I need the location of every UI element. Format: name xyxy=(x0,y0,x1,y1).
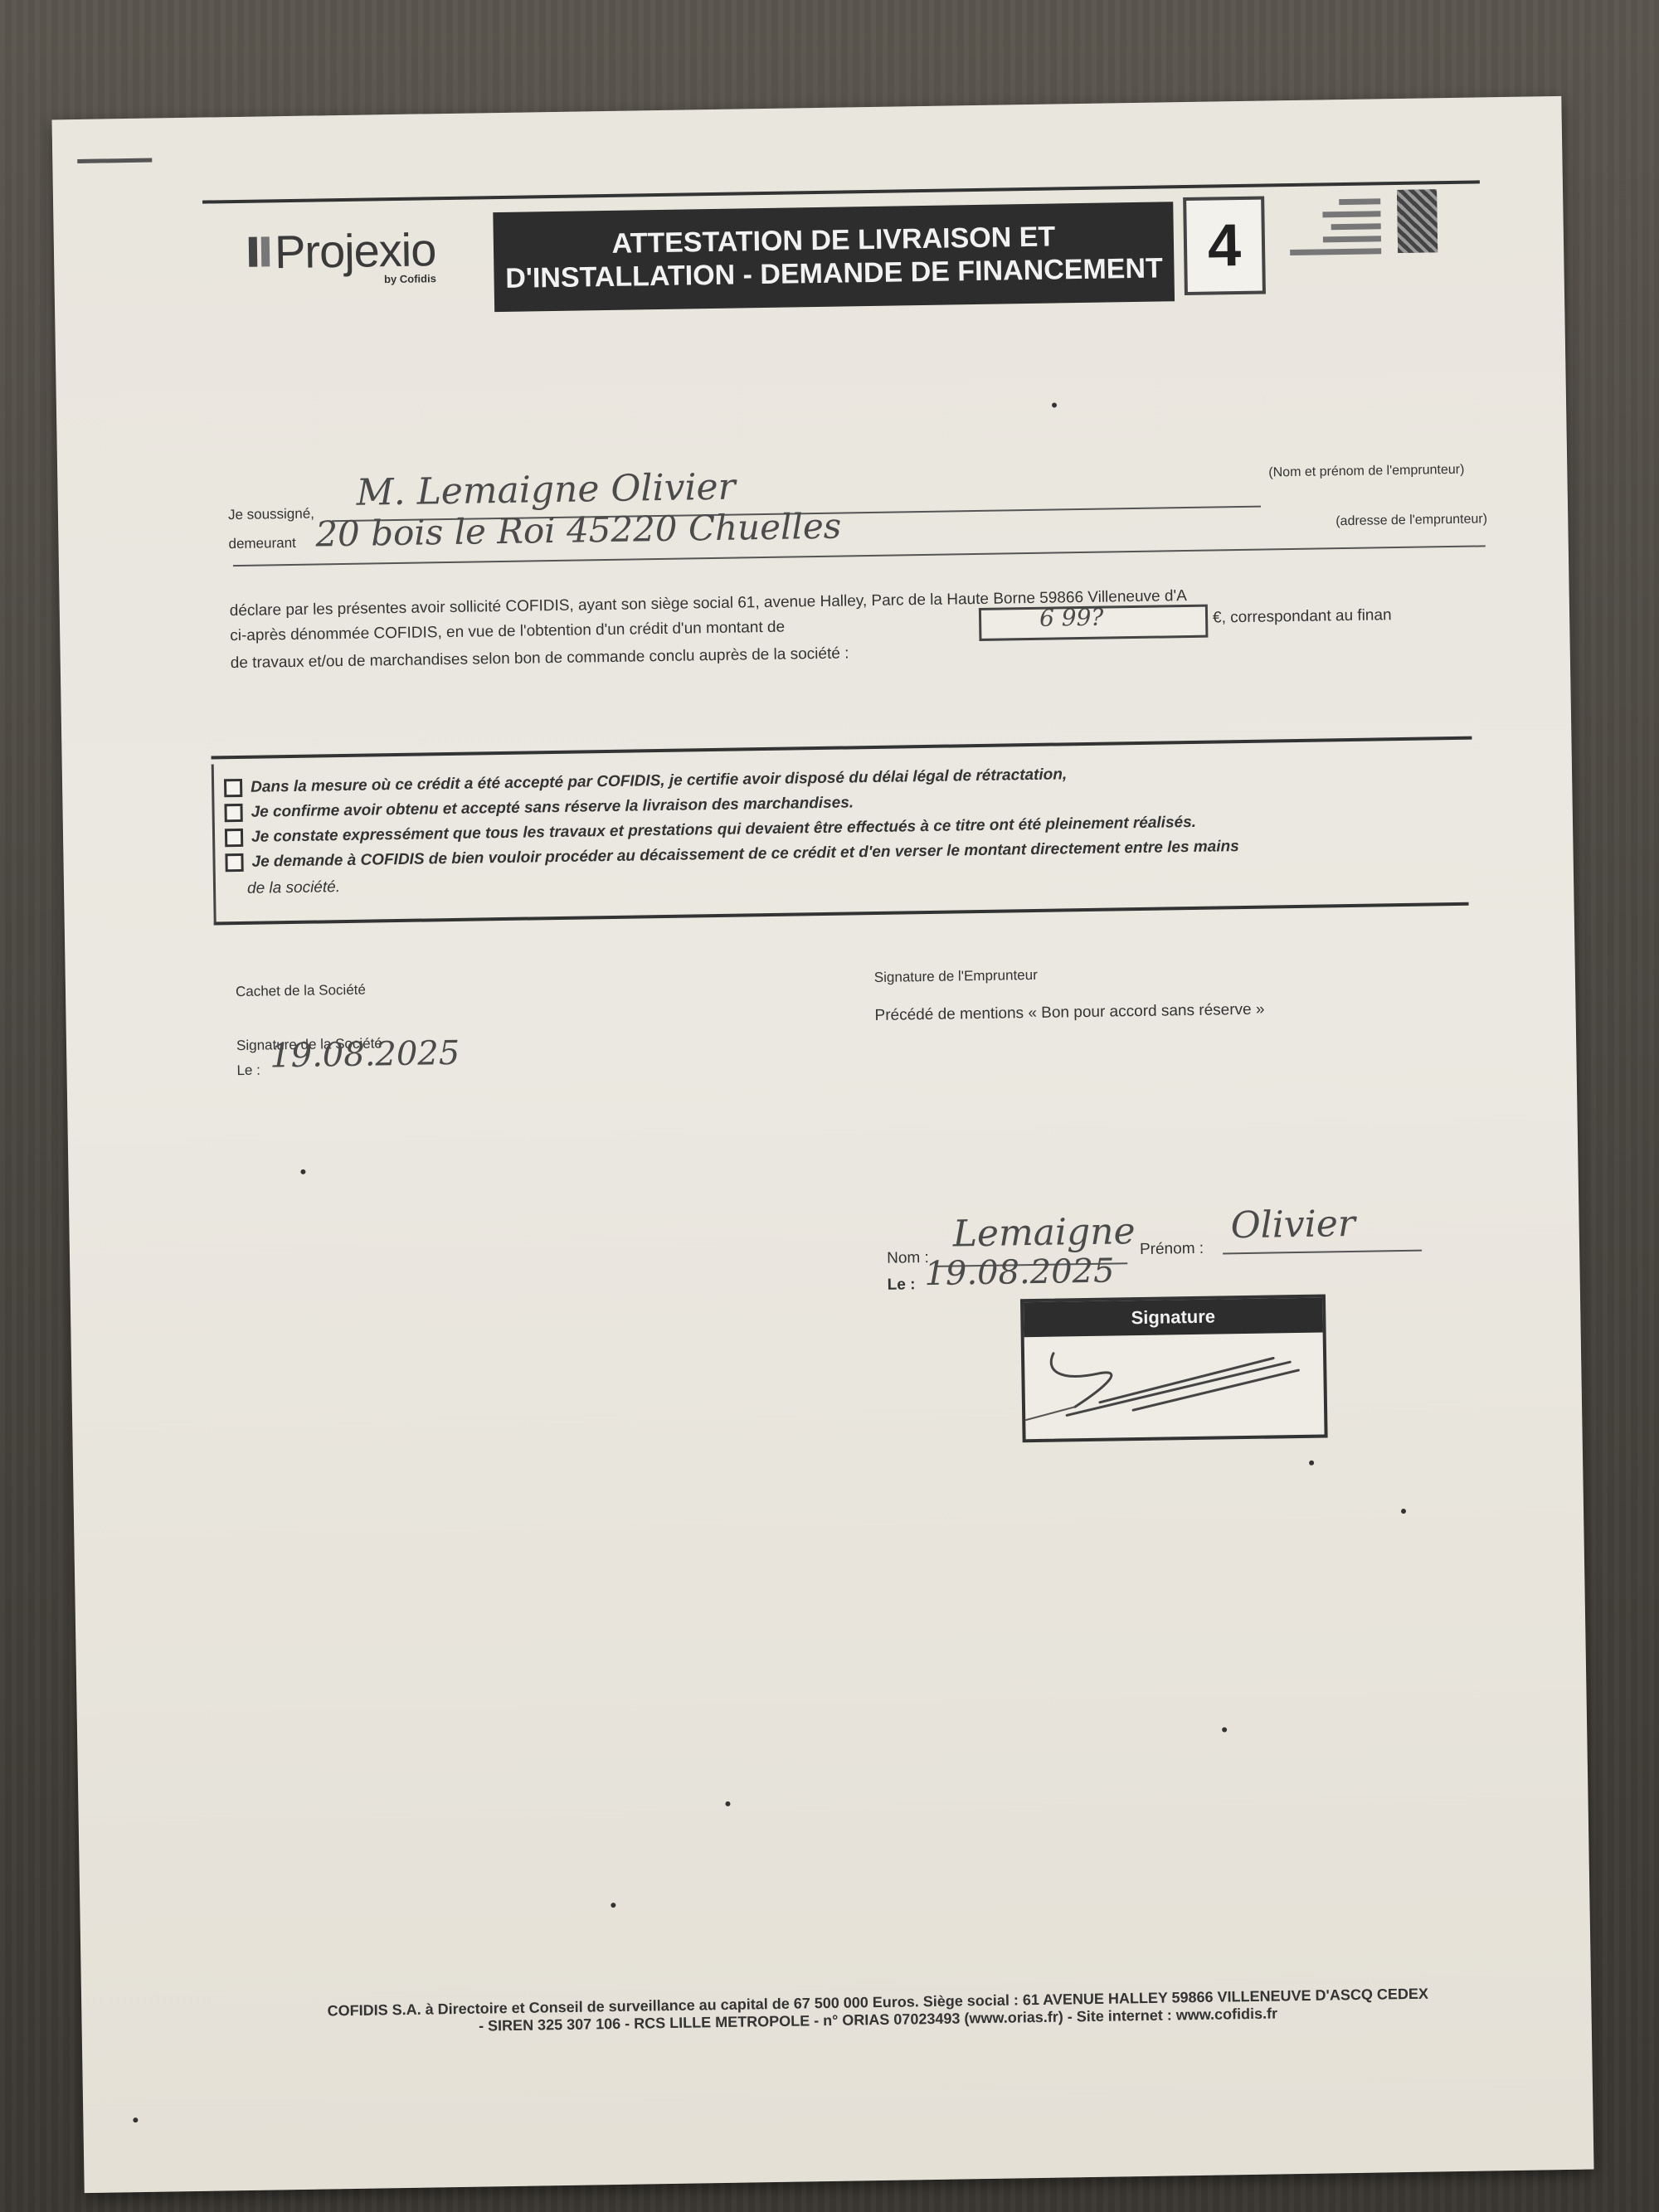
checkbox[interactable] xyxy=(225,853,243,872)
name-hint: (Nom et prénom de l'emprunteur) xyxy=(1268,463,1464,481)
legal-footer: COFIDIS S.A. à Directoire et Conseil de … xyxy=(214,1984,1541,2039)
projexio-logo: Projexio by Cofidis xyxy=(249,226,436,277)
document-title: ATTESTATION DE LIVRAISON ET D'INSTALLATI… xyxy=(493,202,1175,312)
nom-handwritten: Lemaigne xyxy=(952,1210,1136,1255)
declaration-line-2: ci-après dénommée COFIDIS, en vue de l'o… xyxy=(230,619,785,646)
signature-box: Signature xyxy=(1020,1295,1328,1443)
address-handwritten: 20 bois le Roi 45220 Chuelles xyxy=(315,506,842,555)
document-page: Projexio by Cofidis ATTESTATION DE LIVRA… xyxy=(51,96,1593,2193)
nom-label: Nom : xyxy=(887,1249,929,1268)
paper-speck xyxy=(611,1903,615,1908)
checklist-item[interactable]: Je confirme avoir obtenu et accepté sans… xyxy=(224,794,854,822)
address-hint: (adresse de l'emprunteur) xyxy=(1335,512,1487,529)
amount-field: 6 99? xyxy=(979,605,1209,641)
prenom-handwritten: Olivier xyxy=(1230,1203,1355,1247)
logo-bars-icon xyxy=(249,236,270,266)
reference-codes xyxy=(1281,198,1381,262)
borrower-signature-title: Signature de l'Emprunteur xyxy=(874,967,1038,986)
borrower-signature-instruction: Précédé de mentions « Bon pour accord sa… xyxy=(874,1001,1264,1025)
name-handwritten: M. Lemaigne Olivier xyxy=(356,466,736,514)
margin-mark xyxy=(77,158,152,163)
prenom-label: Prénom : xyxy=(1140,1240,1204,1259)
logo-text: Projexio xyxy=(275,226,436,276)
checklist-continuation: de la société. xyxy=(247,878,340,898)
company-date-handwritten: 19.08.2025 xyxy=(270,1034,460,1076)
checkbox[interactable] xyxy=(224,779,242,797)
paper-speck xyxy=(300,1169,305,1174)
prenom-line xyxy=(1223,1250,1422,1255)
paper-speck xyxy=(1222,1727,1227,1732)
borrower-date-label: Le : xyxy=(888,1276,916,1295)
company-date-label: Le : xyxy=(236,1062,260,1079)
company-stamp-label: Cachet de la Société xyxy=(236,982,366,1000)
borrower-date-handwritten: 19.08.2025 xyxy=(924,1252,1115,1294)
checkbox[interactable] xyxy=(225,829,243,847)
address-label: demeurant xyxy=(228,535,296,552)
name-label: Je soussigné, xyxy=(228,506,314,524)
paper-speck xyxy=(1401,1509,1406,1514)
datamatrix-code-icon xyxy=(1397,189,1438,253)
checkbox[interactable] xyxy=(224,804,242,822)
signature-box-title: Signature xyxy=(1024,1298,1323,1338)
declaration-line-2-end: €, correspondant au finan xyxy=(1213,606,1392,627)
checklist-frame: Dans la mesure où ce crédit a été accept… xyxy=(212,745,1469,926)
paper-speck xyxy=(1309,1461,1314,1466)
checklist-item[interactable]: Dans la mesure où ce crédit a été accept… xyxy=(224,766,1067,797)
paper-speck xyxy=(725,1801,730,1806)
signature-scribble xyxy=(1024,1333,1325,1437)
paper-speck xyxy=(133,2117,138,2122)
amount-handwritten: 6 99? xyxy=(1039,604,1104,632)
declaration-line-3: de travaux et/ou de marchandises selon b… xyxy=(231,644,849,673)
paper-speck xyxy=(1052,402,1057,407)
logo-subtitle: by Cofidis xyxy=(384,272,436,285)
form-number-badge: 4 xyxy=(1183,197,1266,296)
